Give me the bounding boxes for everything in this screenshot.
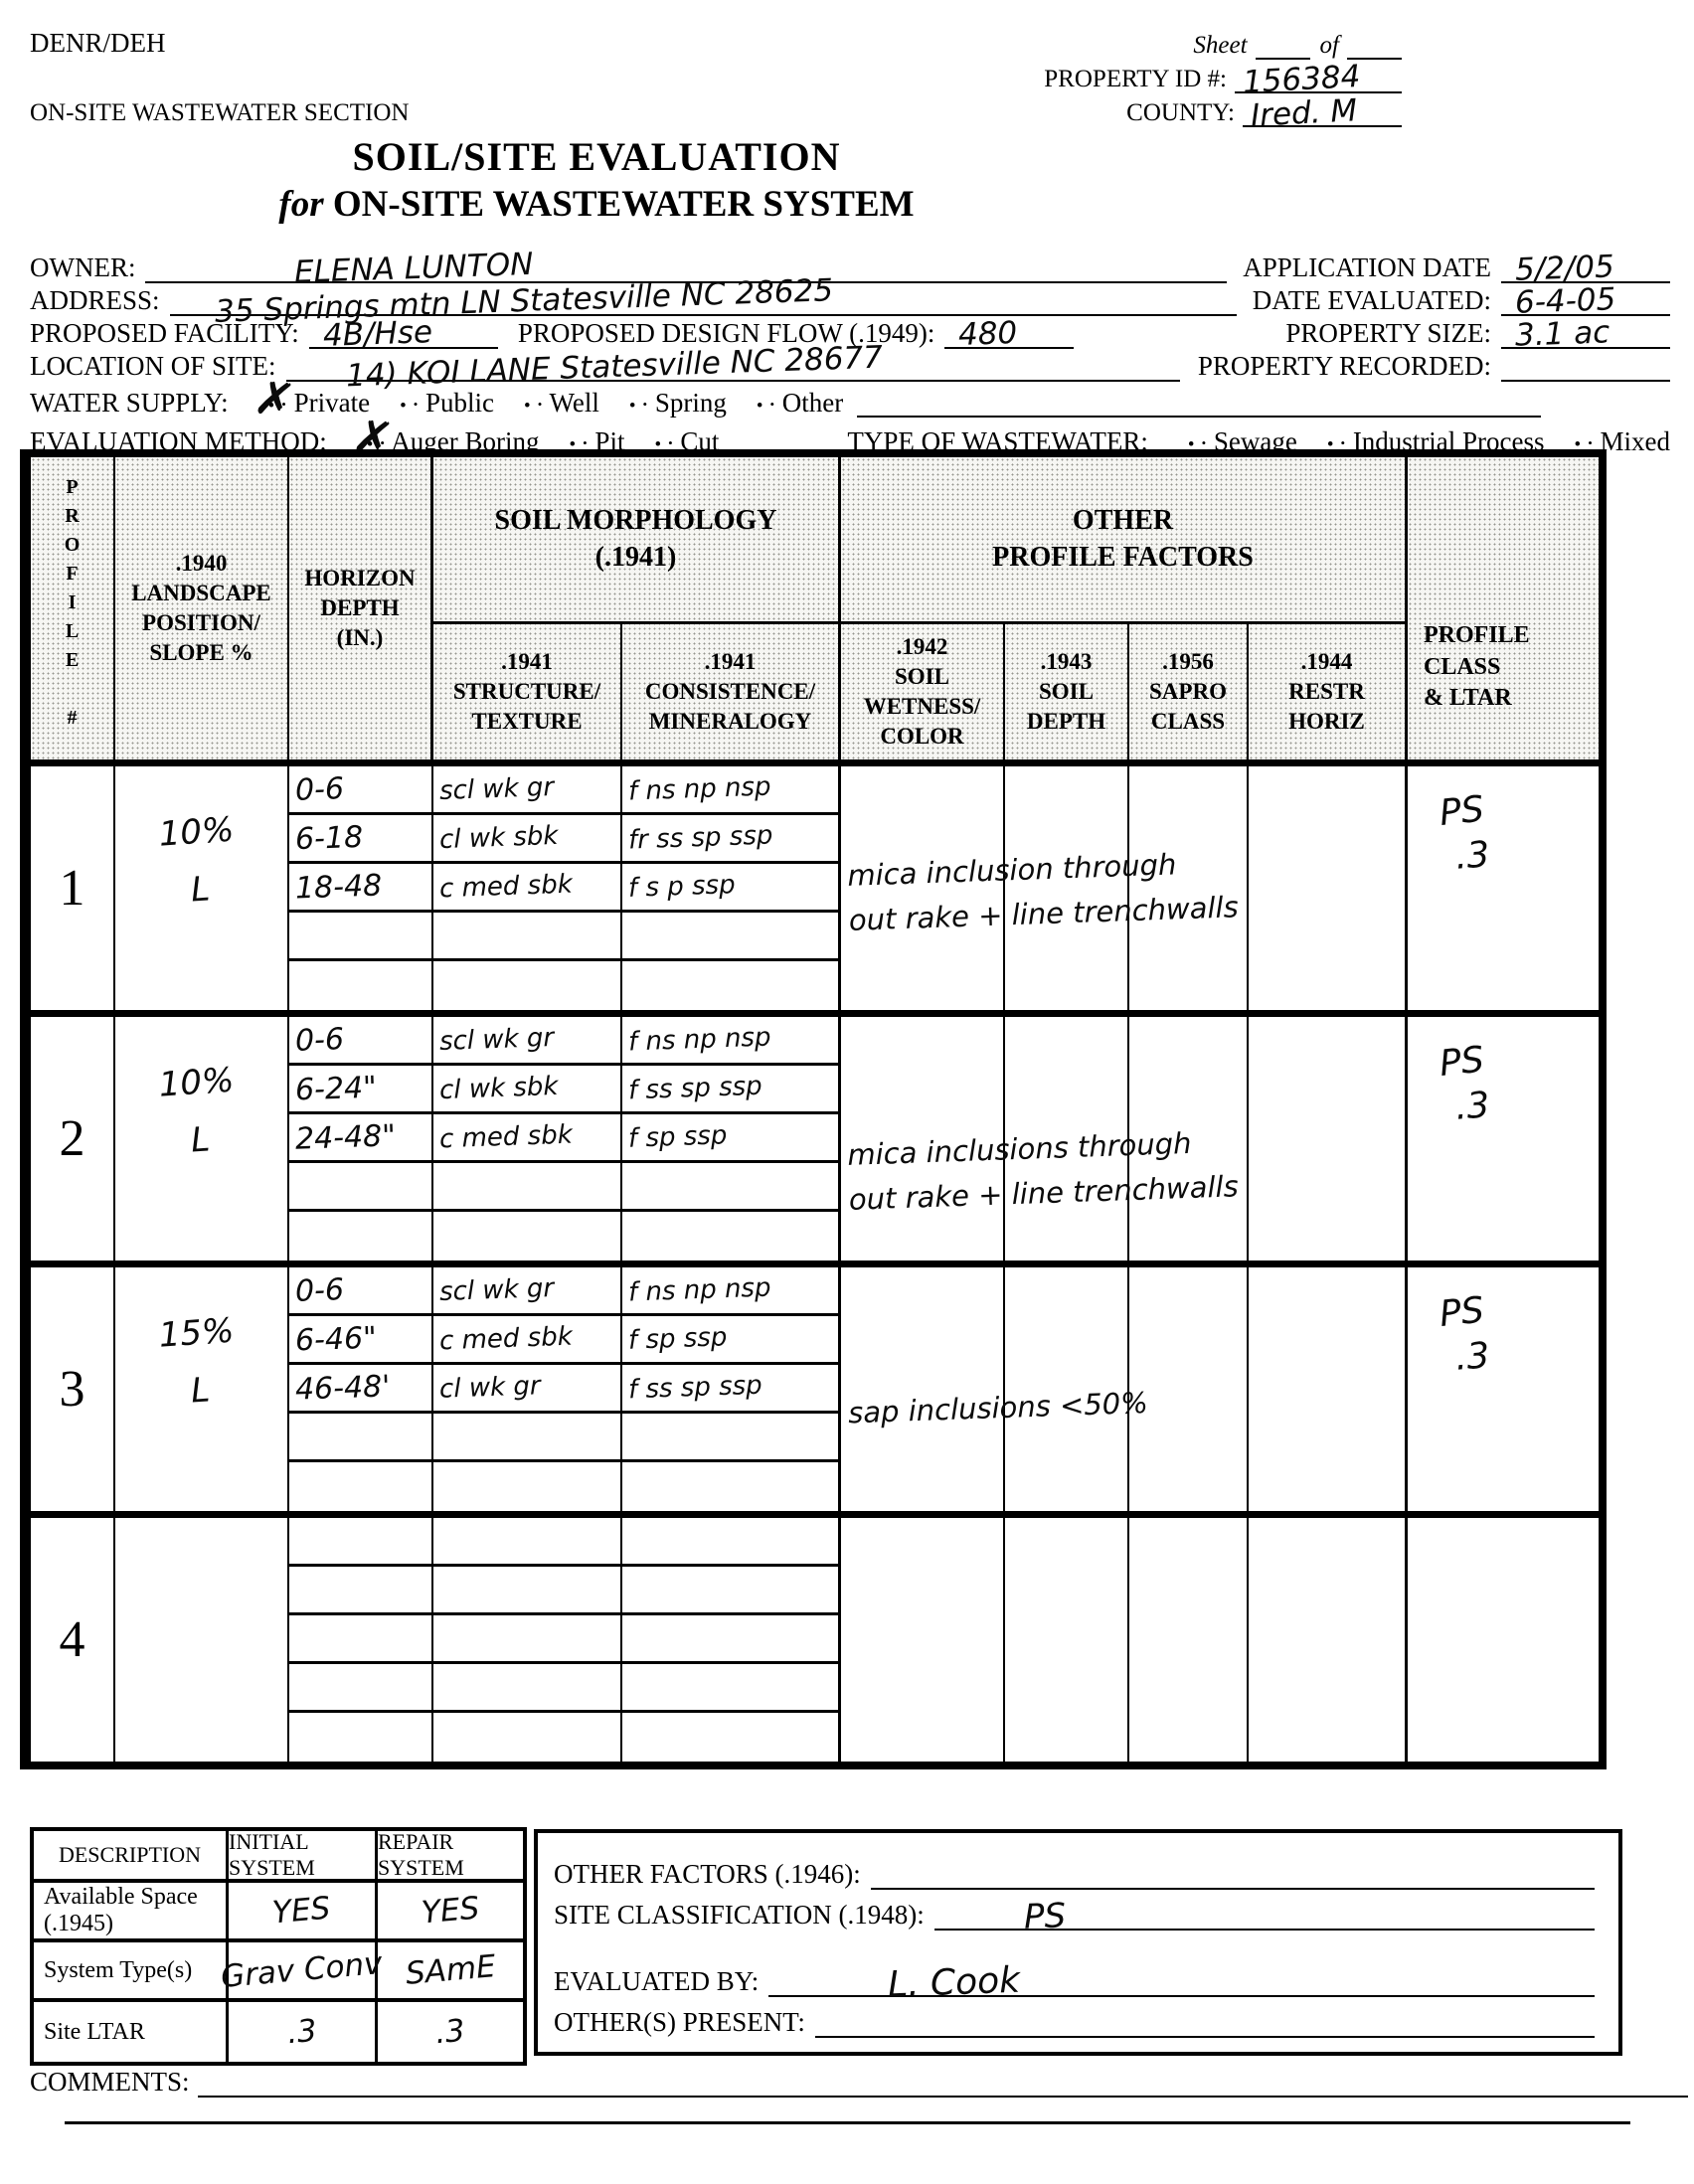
col-header-horizon-depth: HORIZON DEPTH (IN.) [289, 457, 433, 759]
restr-horiz-cell [1249, 1518, 1408, 1762]
horizon-depth-cell: 0-6 [289, 766, 433, 815]
option-public-label: Public [425, 388, 494, 418]
water-supply-row: WATER SUPPLY: ✗ •• Private •• Public •• … [30, 385, 1670, 420]
horizon-depth-cell [289, 913, 433, 961]
horizon-depth-value: 18-48 [294, 868, 382, 906]
landscape-position-value [194, 1556, 208, 1761]
county-field: Ired. M [1243, 93, 1402, 127]
check-x-icon: ✗ [250, 368, 298, 429]
horizon-depth-value: 0-6 [294, 771, 344, 808]
profile-class-cell: PS .3 [1408, 766, 1599, 1010]
profile-number: 1 [31, 766, 115, 1010]
structure-texture-value: cl wk sbk [439, 1072, 559, 1105]
horizon-depth-value: 6-24" [294, 1070, 377, 1107]
col-header-consistence-mineralogy: .1941 CONSISTENCE/ MINERALOGY [622, 624, 841, 759]
col-header-landscape-position: .1940 LANDSCAPE POSITION/ SLOPE % [115, 457, 289, 759]
group-header-soil-morphology: SOIL MORPHOLOGY (.1941) [433, 457, 841, 624]
horizon-depth-cell [289, 961, 433, 1010]
structure-texture-cell: cl wk gr [433, 1365, 622, 1414]
profile-class-cell [1408, 1518, 1599, 1762]
site-info-section: OWNER: ELENA LUNTON APPLICATION DATE 5/2… [30, 251, 1670, 459]
available-space-repair: YES [420, 1891, 480, 1932]
available-space-initial: YES [271, 1891, 332, 1932]
profile-row-1: 1 10% L 0-6 scl wk gr f ns np nsp 6-18 c… [31, 759, 1599, 1010]
property-size-label: PROPERTY SIZE: [1285, 318, 1501, 349]
consistence-cell [622, 961, 841, 1010]
group-header-other-profile-factors: OTHER PROFILE FACTORS [841, 457, 1408, 624]
consistence-value: f ns np nsp [628, 1023, 771, 1058]
structure-texture-cell: c med sbk [433, 1114, 622, 1163]
site-classification-row: SITE CLASSIFICATION (.1948): PS [554, 1890, 1595, 1931]
col-header-profile-class-ltar: PROFILE CLASS & LTAR [1408, 457, 1599, 759]
location-field: 14) KOI LANE Statesville NC 28677 [286, 349, 1180, 382]
col-header-profile-number: P R O F I L E # [31, 457, 115, 759]
ltar-value: .3 [1454, 1084, 1507, 1127]
structure-texture-cell [433, 961, 622, 1010]
consistence-value: f ns np nsp [628, 772, 771, 807]
bullet-icon: • [1341, 435, 1346, 450]
evaluated-by-label: EVALUATED BY: [554, 1966, 768, 1997]
profile-number: 4 [31, 1518, 115, 1762]
soil-table-header: P R O F I L E # .1940 LANDSCAPE POSITION… [31, 457, 1599, 759]
option-spring-label: Spring [655, 388, 727, 418]
summary-initial-value: .3 [229, 2002, 378, 2062]
structure-texture-value: c med sbk [439, 870, 574, 905]
property-recorded-field [1501, 349, 1670, 382]
others-present-label: OTHER(S) PRESENT: [554, 2007, 815, 2038]
form-title: SOIL/SITE EVALUATION for ON-SITE WASTEWA… [0, 133, 1193, 226]
consistence-cell [622, 1664, 841, 1713]
water-supply-label: WATER SUPPLY: [30, 388, 239, 419]
other-factors-row: OTHER FACTORS (.1946): [554, 1849, 1595, 1890]
address-row: ADDRESS: 35 Springs mtn LN Statesville N… [30, 283, 1670, 316]
bullet-icon: • [643, 397, 648, 412]
sheet-label: Sheet [1193, 32, 1255, 60]
comments-field [198, 2064, 1688, 2098]
consistence-cell: f ss sp ssp [622, 1066, 841, 1114]
structure-texture-cell [433, 1212, 622, 1260]
consistence-cell: f sp ssp [622, 1316, 841, 1365]
profile-class-value: PS [1438, 1038, 1501, 1085]
structure-texture-cell: scl wk gr [433, 1267, 622, 1316]
profile-row-3: 3 15% L 0-6 scl wk gr f ns np nsp 6-46" … [31, 1260, 1599, 1511]
profile-number: 3 [31, 1267, 115, 1511]
horizon-depth-cell [289, 1713, 433, 1762]
address-label: ADDRESS: [30, 285, 170, 316]
bullet-icon: • [400, 396, 407, 417]
horizon-depth-value: 24-48" [294, 1118, 396, 1157]
sheet-number-field [1256, 26, 1310, 60]
property-id-line: PROPERTY ID #: 156384 [1024, 60, 1402, 93]
form-title-for: for [278, 184, 323, 225]
horizon-depth-cell [289, 1567, 433, 1615]
option-other: •• Other [757, 388, 843, 419]
structure-texture-cell [433, 1163, 622, 1212]
proposed-facility-field: 4B/Hse [309, 316, 498, 349]
summary-row-label: System Type(s) [34, 1942, 229, 2002]
structure-texture-cell: scl wk gr [433, 766, 622, 815]
consistence-cell: f sp ssp [622, 1114, 841, 1163]
structure-texture-value: scl wk gr [439, 1273, 555, 1307]
landscape-position-cell [115, 1518, 289, 1762]
consistence-value: f sp ssp [628, 1322, 728, 1355]
sheet-total-field [1347, 26, 1402, 60]
consistence-value: f ss sp ssp [628, 1371, 763, 1406]
option-public: •• Public [400, 388, 494, 419]
consistence-cell: f ns np nsp [622, 1017, 841, 1066]
section-name: ON-SITE WASTEWATER SECTION [30, 99, 409, 127]
profile-class-cell: PS .3 [1408, 1017, 1599, 1260]
structure-texture-cell: c med sbk [433, 1316, 622, 1365]
summary-repair-value: .3 [378, 2002, 523, 2062]
horizon-depth-cell [289, 1462, 433, 1511]
profile-class-cell: PS .3 [1408, 1267, 1599, 1511]
bullet-icon: • [538, 397, 543, 412]
horizon-depth-value: 6-46" [294, 1320, 377, 1358]
site-classification-value: PS [1023, 1896, 1066, 1936]
bullet-icon: • [414, 397, 419, 412]
horizon-depth-cell [289, 1615, 433, 1664]
landscape-position-value: 10% L [157, 1053, 247, 1263]
property-size-field: 3.1 ac [1501, 316, 1670, 349]
property-id-field: 156384 [1235, 60, 1402, 93]
design-flow-value: 480 [958, 315, 1018, 353]
summary-repair-value: SAmE [378, 1942, 523, 2002]
horizon-depth-cell [289, 1664, 433, 1713]
consistence-value: f ns np nsp [628, 1273, 771, 1308]
consistence-value: f sp ssp [628, 1120, 728, 1153]
bullet-icon: • [583, 435, 588, 450]
consistence-cell [622, 1518, 841, 1567]
consistence-value: f ss sp ssp [628, 1072, 763, 1106]
consistence-cell [622, 1414, 841, 1462]
others-present-field [815, 1997, 1595, 2038]
col-header-soil-depth: .1943 SOIL DEPTH [1005, 624, 1129, 759]
location-label: LOCATION OF SITE: [30, 351, 286, 382]
structure-texture-cell: scl wk gr [433, 1017, 622, 1066]
col-header-soil-wetness-color: .1942 SOIL WETNESS/ COLOR [841, 624, 1005, 759]
structure-texture-value: c med sbk [439, 1120, 574, 1155]
comments-row: COMMENTS: [30, 2064, 1688, 2098]
horizon-depth-cell: 46-48' [289, 1365, 433, 1414]
sheet-line: Sheet of [1024, 26, 1402, 60]
col-header-restr-horiz: .1944 RESTR HORIZ [1249, 624, 1408, 759]
other-factors-label: OTHER FACTORS (.1946): [554, 1859, 871, 1890]
date-evaluated-label: DATE EVALUATED: [1237, 285, 1501, 316]
structure-texture-value: cl wk gr [439, 1371, 542, 1405]
site-ltar-repair: .3 [434, 2013, 467, 2051]
application-date-field: 5/2/05 [1501, 251, 1670, 283]
consistence-cell [622, 1163, 841, 1212]
property-size-value: 3.1 ac [1514, 314, 1609, 353]
profile-number: 2 [31, 1017, 115, 1260]
form-title-rest: ON-SITE WASTEWATER SYSTEM [333, 184, 915, 225]
landscape-position-value: 15% L [157, 1303, 247, 1514]
profile-row-2: 2 10% L 0-6 scl wk gr f ns np nsp 6-24" … [31, 1010, 1599, 1260]
bullet-icon: • [668, 435, 673, 450]
others-present-row: OTHER(S) PRESENT: [554, 1997, 1595, 2038]
horizon-depth-value: 6-18 [294, 819, 363, 856]
horizon-depth-cell [289, 1163, 433, 1212]
structure-texture-cell [433, 1414, 622, 1462]
consistence-value: fr ss sp ssp [628, 820, 773, 855]
option-mixed-label: Mixed [1601, 426, 1671, 456]
summary-initial-value: Grav Conv [229, 1942, 378, 2002]
sheet-of-label: of [1310, 32, 1347, 60]
comments-line-2 [65, 2121, 1630, 2124]
soil-wetness-cell [841, 1518, 1005, 1762]
structure-texture-value: scl wk gr [439, 1023, 555, 1057]
structure-texture-cell [433, 1664, 622, 1713]
structure-texture-cell: c med sbk [433, 864, 622, 913]
address-field: 35 Springs mtn LN Statesville NC 28625 [170, 283, 1237, 316]
structure-texture-value: c med sbk [439, 1322, 574, 1357]
evaluated-by-field: L. Cook [768, 1956, 1595, 1997]
option-other-label: Other [782, 388, 843, 418]
system-summary-table: DESCRIPTION INITIAL SYSTEM REPAIR SYSTEM… [30, 1827, 527, 2066]
date-evaluated-field: 6-4-05 [1501, 283, 1670, 316]
horizon-depth-cell: 0-6 [289, 1267, 433, 1316]
form-title-line2: for ON-SITE WASTEWATER SYSTEM [0, 183, 1193, 226]
horizon-depth-cell: 6-18 [289, 815, 433, 864]
owner-row: OWNER: ELENA LUNTON APPLICATION DATE 5/2… [30, 251, 1670, 283]
consistence-cell [622, 1713, 841, 1762]
bullet-icon: • [629, 396, 636, 417]
horizon-depth-cell: 24-48" [289, 1114, 433, 1163]
proposed-facility-value: 4B/Hse [322, 314, 432, 354]
property-recorded-label: PROPERTY RECORDED: [1180, 351, 1501, 382]
consistence-cell [622, 1567, 841, 1615]
horizon-depth-cell: 18-48 [289, 864, 433, 913]
soil-profile-table: P R O F I L E # .1940 LANDSCAPE POSITION… [20, 449, 1607, 1769]
landscape-position-cell: 15% L [115, 1267, 289, 1511]
option-private: ✗ •• Private [268, 388, 370, 419]
structure-texture-cell [433, 1615, 622, 1664]
horizon-depth-cell: 6-46" [289, 1316, 433, 1365]
col-header-structure-texture: .1941 STRUCTURE/ TEXTURE [433, 624, 622, 759]
owner-label: OWNER: [30, 252, 145, 283]
structure-texture-cell [433, 1567, 622, 1615]
water-supply-other-field [857, 388, 1541, 418]
horizon-depth-cell: 6-24" [289, 1066, 433, 1114]
site-classification-label: SITE CLASSIFICATION (.1948): [554, 1900, 934, 1931]
summary-header-repair-system: REPAIR SYSTEM [378, 1831, 523, 1883]
consistence-cell: f s p ssp [622, 864, 841, 913]
design-flow-field: 480 [944, 316, 1074, 349]
horizon-depth-cell [289, 1518, 433, 1567]
consistence-cell: f ns np nsp [622, 766, 841, 815]
bullet-icon: • [757, 396, 763, 417]
profile-class-value: PS [1438, 1288, 1501, 1335]
other-factors-field [871, 1849, 1595, 1890]
county-label: COUNTY: [1126, 99, 1243, 127]
profile-class-value [1440, 1539, 1499, 1545]
summary-row-label: Site LTAR [34, 2002, 229, 2062]
profile-notes: mica inclusion through out rake + line t… [847, 834, 1412, 943]
comments-label: COMMENTS: [30, 2067, 198, 2098]
summary-repair-value: YES [378, 1883, 523, 1942]
structure-texture-cell [433, 913, 622, 961]
summary-row-label: Available Space (.1945) [34, 1883, 229, 1942]
summary-header-initial-system: INITIAL SYSTEM [229, 1831, 378, 1883]
site-classification-field: PS [934, 1890, 1595, 1931]
horizon-depth-cell [289, 1212, 433, 1260]
soil-depth-cell [1005, 1518, 1129, 1762]
consistence-value: f s p ssp [628, 870, 737, 904]
bullet-icon: • [1588, 435, 1593, 450]
sapro-class-cell [1129, 1518, 1249, 1762]
option-well: •• Well [524, 388, 599, 419]
horizon-depth-value: 46-48' [294, 1369, 391, 1407]
horizon-depth-cell [289, 1414, 433, 1462]
system-type-initial: Grav Conv [220, 1945, 384, 1995]
consistence-cell: f ns np nsp [622, 1267, 841, 1316]
site-ltar-initial: .3 [285, 2013, 318, 2051]
structure-texture-value: scl wk gr [439, 772, 555, 806]
sheet-property-block: Sheet of PROPERTY ID #: 156384 COUNTY: I… [1024, 26, 1402, 127]
structure-texture-value: cl wk sbk [439, 821, 559, 855]
county-value: Ired. M [1250, 92, 1358, 134]
structure-texture-cell [433, 1713, 622, 1762]
consistence-cell: f ss sp ssp [622, 1365, 841, 1414]
summary-header-description: DESCRIPTION [34, 1831, 229, 1883]
ltar-value [1455, 1544, 1505, 1547]
consistence-cell [622, 1615, 841, 1664]
agency-name: DENR/DEH [30, 28, 166, 59]
consistence-cell [622, 1212, 841, 1260]
county-line: COUNTY: Ired. M [1024, 93, 1402, 127]
ltar-value: .3 [1454, 1334, 1507, 1378]
profile-row-4: 4 [31, 1511, 1599, 1762]
option-well-label: Well [550, 388, 599, 418]
ltar-value: .3 [1454, 833, 1507, 877]
horizon-depth-cell: 0-6 [289, 1017, 433, 1066]
landscape-position-cell: 10% L [115, 1017, 289, 1260]
landscape-position-cell: 10% L [115, 766, 289, 1010]
option-spring: •• Spring [629, 388, 727, 419]
application-date-label: APPLICATION DATE [1227, 252, 1501, 283]
bullet-icon: • [1202, 435, 1207, 450]
soil-site-evaluation-form: DENR/DEH ON-SITE WASTEWATER SECTION Shee… [0, 0, 1694, 2184]
structure-texture-cell [433, 1462, 622, 1511]
bullet-icon: • [769, 397, 774, 412]
profile-class-value: PS [1438, 787, 1501, 834]
form-title-line1: SOIL/SITE EVALUATION [0, 133, 1193, 180]
site-factors-box: OTHER FACTORS (.1946): SITE CLASSIFICATI… [534, 1829, 1622, 2056]
consistence-cell [622, 913, 841, 961]
horizon-depth-value: 0-6 [294, 1272, 344, 1309]
structure-texture-cell: cl wk sbk [433, 815, 622, 864]
structure-texture-cell: cl wk sbk [433, 1066, 622, 1114]
evaluated-by-row: EVALUATED BY: L. Cook [554, 1956, 1595, 1997]
structure-texture-cell [433, 1518, 622, 1567]
summary-initial-value: YES [229, 1883, 378, 1942]
consistence-cell [622, 1462, 841, 1511]
col-header-sapro-class: .1956 SAPRO CLASS [1129, 624, 1249, 759]
system-type-repair: SAmE [404, 1948, 496, 1992]
landscape-position-value: 10% L [157, 802, 247, 1013]
horizon-depth-value: 0-6 [294, 1022, 344, 1059]
consistence-cell: fr ss sp ssp [622, 815, 841, 864]
bullet-icon: • [524, 396, 531, 417]
property-id-label: PROPERTY ID #: [1044, 66, 1235, 93]
